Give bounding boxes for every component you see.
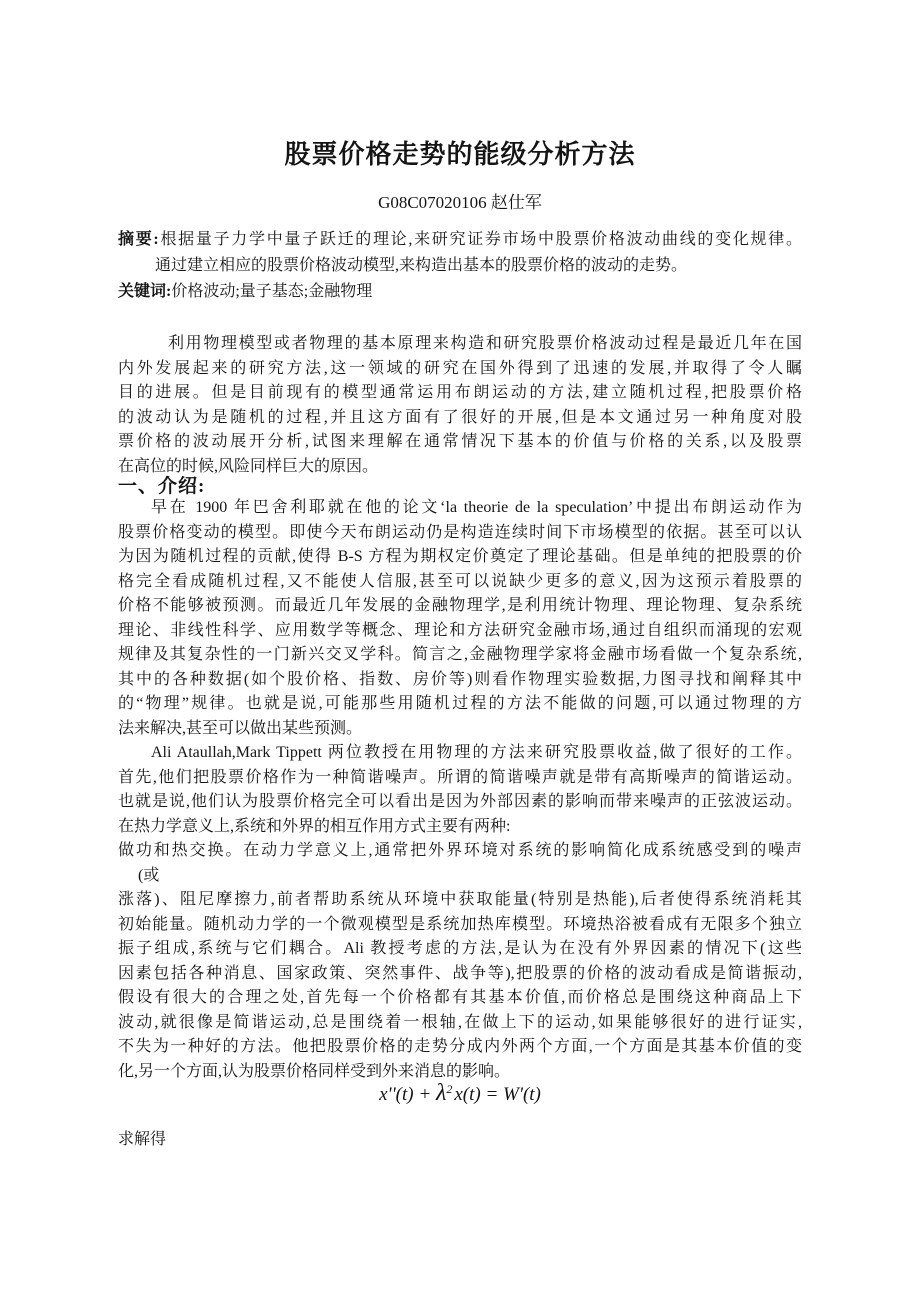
paragraph-line: 利用物理模型或者物理的基本原理来构造和研究股票价格波动过程是最近几年在国 — [118, 332, 802, 357]
paragraph-line: 价格不能够被预测。而最近几年发展的金融物理学,是利用统计物理、理论物理、复杂系统 — [118, 594, 802, 619]
paragraph-line: 在高位的时候,风险同样巨大的原因。 — [118, 455, 802, 480]
abstract-section: 摘要:根据量子力学中量子跃迁的理论,来研究证券市场中股票价格波动曲线的变化规律。… — [118, 227, 802, 305]
paragraph-line: 理论、非线性科学、应用数学等概念、理论和方法研究金融市场,通过自组织而涌现的宏观 — [118, 619, 802, 644]
paragraph-line: 也就是说,他们认为股票价格完全可以看出是因为外部因素的影响而带来噪声的正弦波运动… — [118, 790, 802, 815]
paragraph-line: 因素包括各种消息、国家政策、突然事件、战争等),把股票的价格的波动看成是简谐振动… — [118, 962, 802, 987]
abstract-text: 根据量子力学中量子跃迁的理论,来研究证券市场中股票价格波动曲线的变化规律。 — [159, 231, 802, 248]
paragraph-line: 票价格的波动展开分析,试图来理解在通常情况下基本的价值与价格的关系,以及股票 — [118, 430, 802, 455]
solve-note: 求解得 — [118, 1126, 166, 1149]
lambda-symbol: λ — [436, 1080, 446, 1106]
paragraph-line: 目的进展。但是目前现有的模型通常运用布朗运动的方法,建立随机过程,把股票价格 — [118, 381, 802, 406]
paragraph-2: 早在 1900 年巴舍利耶就在他的论文‘la theorie de la spe… — [118, 496, 802, 741]
intro-paragraph: 利用物理模型或者物理的基本原理来构造和研究股票价格波动过程是最近几年在国 内外发… — [118, 332, 802, 479]
keywords-label: 关键词: — [118, 283, 171, 300]
author-line: G08C07020106 赵仕军 — [0, 188, 920, 213]
paragraph-line: 法来解决,甚至可以做出某些预测。 — [118, 717, 802, 742]
paragraph-line: 涨落)、阻尼摩擦力,前者帮助系统从环境中获取能量(特别是热能),后者使得系统消耗… — [118, 888, 802, 913]
equation-rhs: x(t) = W'(t) — [454, 1084, 541, 1105]
paragraph-line: 做功和热交换。在动力学意义上,通常把外界环境对系统的影响简化成系统感受到的噪声 — [118, 839, 802, 864]
keywords-line: 关键词:价格波动;量子基态;金融物理 — [118, 279, 802, 305]
doc-title: 股票价格走势的能级分析方法 — [0, 134, 920, 171]
paragraph-line: 假设有很大的合理之处,首先每一个价格都有其基本价值,而价格总是围绕这种商品上下 — [118, 986, 802, 1011]
paragraph-3: Ali Ataullah,Mark Tippett 两位教授在用物理的方法来研究… — [118, 741, 802, 1084]
paragraph-line: 波动,就很像是简谐运动,总是围绕着一根轴,在做上下的运动,如果能够很好的进行证实… — [118, 1011, 802, 1036]
paragraph-line: Ali Ataullah,Mark Tippett 两位教授在用物理的方法来研究… — [118, 741, 802, 766]
paragraph-line: 初始能量。随机动力学的一个微观模型是系统加热库模型。环境热浴被看成有无限多个独立 — [118, 913, 802, 938]
equation: x''(t) + λ2x(t) = W'(t) — [0, 1081, 920, 1106]
paragraph-line: 的“物理”规律。也就是说,可能那些用随机过程的方法不能做的问题,可以通过物理的方 — [118, 692, 802, 717]
paragraph-line: 早在 1900 年巴舍利耶就在他的论文‘la theorie de la spe… — [118, 496, 802, 521]
paragraph-line: 规律及其复杂性的一门新兴交叉学科。简言之,金融物理学家将金融市场看做一个复杂系统… — [118, 643, 802, 668]
paragraph-line: 的波动认为是随机的过程,并且这方面有了很好的开展,但是本文通过另一种角度对股 — [118, 406, 802, 431]
equation-lhs: x''(t) + — [379, 1084, 436, 1105]
paragraph-line: 为因为随机过程的贡献,使得 B-S 方程为期权定价奠定了理论基础。但是单纯的把股… — [118, 545, 802, 570]
abstract-line: 通过建立相应的股票价格波动模型,来构造出基本的股票价格的波动的走势。 — [118, 253, 802, 279]
paragraph-line: 其中的各种数据(如个股价格、指数、房价等)则看作物理实验数据,力图寻找和阐释其中 — [118, 668, 802, 693]
paragraph-line: 股票价格变动的模型。即使今天布朗运动仍是构造连续时间下市场模型的依据。甚至可以认 — [118, 521, 802, 546]
paragraph-line: (或 — [118, 864, 802, 889]
paragraph-line: 在热力学意义上,系统和外界的相互作用方式主要有两种: — [118, 815, 802, 840]
abstract-line: 摘要:根据量子力学中量子跃迁的理论,来研究证券市场中股票价格波动曲线的变化规律。 — [118, 227, 802, 253]
abstract-label: 摘要: — [118, 231, 159, 248]
paragraph-line: 首先,他们把股票价格作为一种简谐噪声。所谓的简谐噪声就是带有高斯噪声的简谐运动。 — [118, 766, 802, 791]
lambda-exponent: 2 — [446, 1082, 452, 1096]
paragraph-line: 格完全看成随机过程,又不能使人信服,甚至可以说缺少更多的意义,因为这预示着股票的 — [118, 570, 802, 595]
paragraph-line: 不失为一种好的方法。他把股票价格的走势分成内外两个方面,一个方面是其基本价值的变 — [118, 1035, 802, 1060]
introduction-heading: 一、介绍: — [118, 471, 205, 498]
paragraph-line: 内外发展起来的研究方法,这一领域的研究在国外得到了迅速的发展,并取得了令人瞩 — [118, 357, 802, 382]
keywords-text: 价格波动;量子基态;金融物理 — [171, 283, 372, 300]
paragraph-line: 振子组成,系统与它们耦合。Ali 教授考虑的方法,是认为在没有外界因素的情况下(… — [118, 937, 802, 962]
